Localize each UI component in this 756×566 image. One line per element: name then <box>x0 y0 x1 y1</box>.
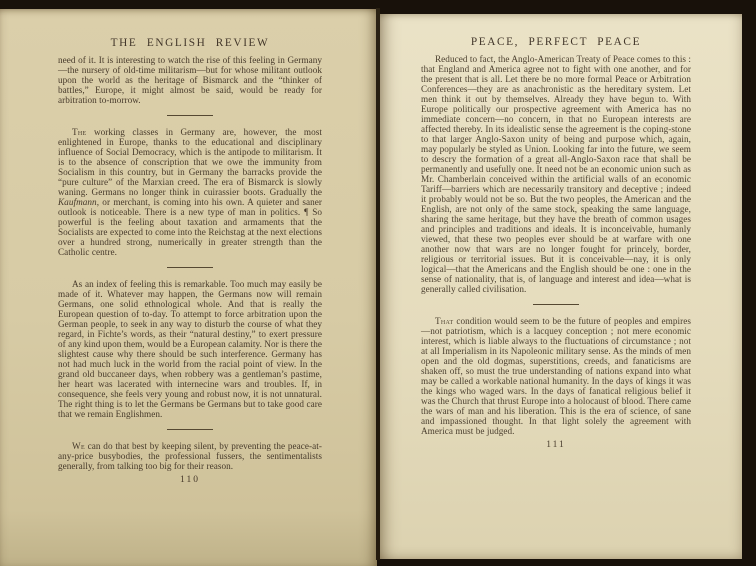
paragraph: That condition would seem to be the futu… <box>421 316 691 436</box>
paragraph-lead-word: We <box>72 441 85 451</box>
page-left-column: THE ENGLISH REVIEW need of it. It is int… <box>58 37 322 485</box>
page-left-text: need of it. It is interesting to watch t… <box>58 55 322 471</box>
page-right-column: PEACE, PERFECT PEACE Reduced to fact, th… <box>421 36 691 450</box>
paragraph: Reduced to fact, the Anglo-American Trea… <box>421 54 691 294</box>
paragraph: We can do that best by keeping silent, b… <box>58 441 322 471</box>
section-divider <box>167 115 213 116</box>
paragraph-lead-word: That <box>435 316 453 326</box>
running-header-left: THE ENGLISH REVIEW <box>58 37 322 49</box>
paragraph: As an index of feeling this is remarkabl… <box>58 279 322 419</box>
book-spread: THE ENGLISH REVIEW need of it. It is int… <box>0 0 756 566</box>
page-right: PEACE, PERFECT PEACE Reduced to fact, th… <box>380 14 742 559</box>
section-divider <box>533 304 579 305</box>
page-right-text: Reduced to fact, the Anglo-American Trea… <box>421 54 691 436</box>
page-number-left: 110 <box>58 475 322 485</box>
section-divider <box>167 429 213 430</box>
paragraph-lead-word: The <box>72 127 87 137</box>
page-number-right: 111 <box>421 440 691 450</box>
paragraph: need of it. It is interesting to watch t… <box>58 55 322 105</box>
paragraph: The working classes in Germany are, howe… <box>58 127 322 257</box>
running-header-right: PEACE, PERFECT PEACE <box>421 36 691 48</box>
section-divider <box>167 267 213 268</box>
page-left: THE ENGLISH REVIEW need of it. It is int… <box>0 9 377 566</box>
